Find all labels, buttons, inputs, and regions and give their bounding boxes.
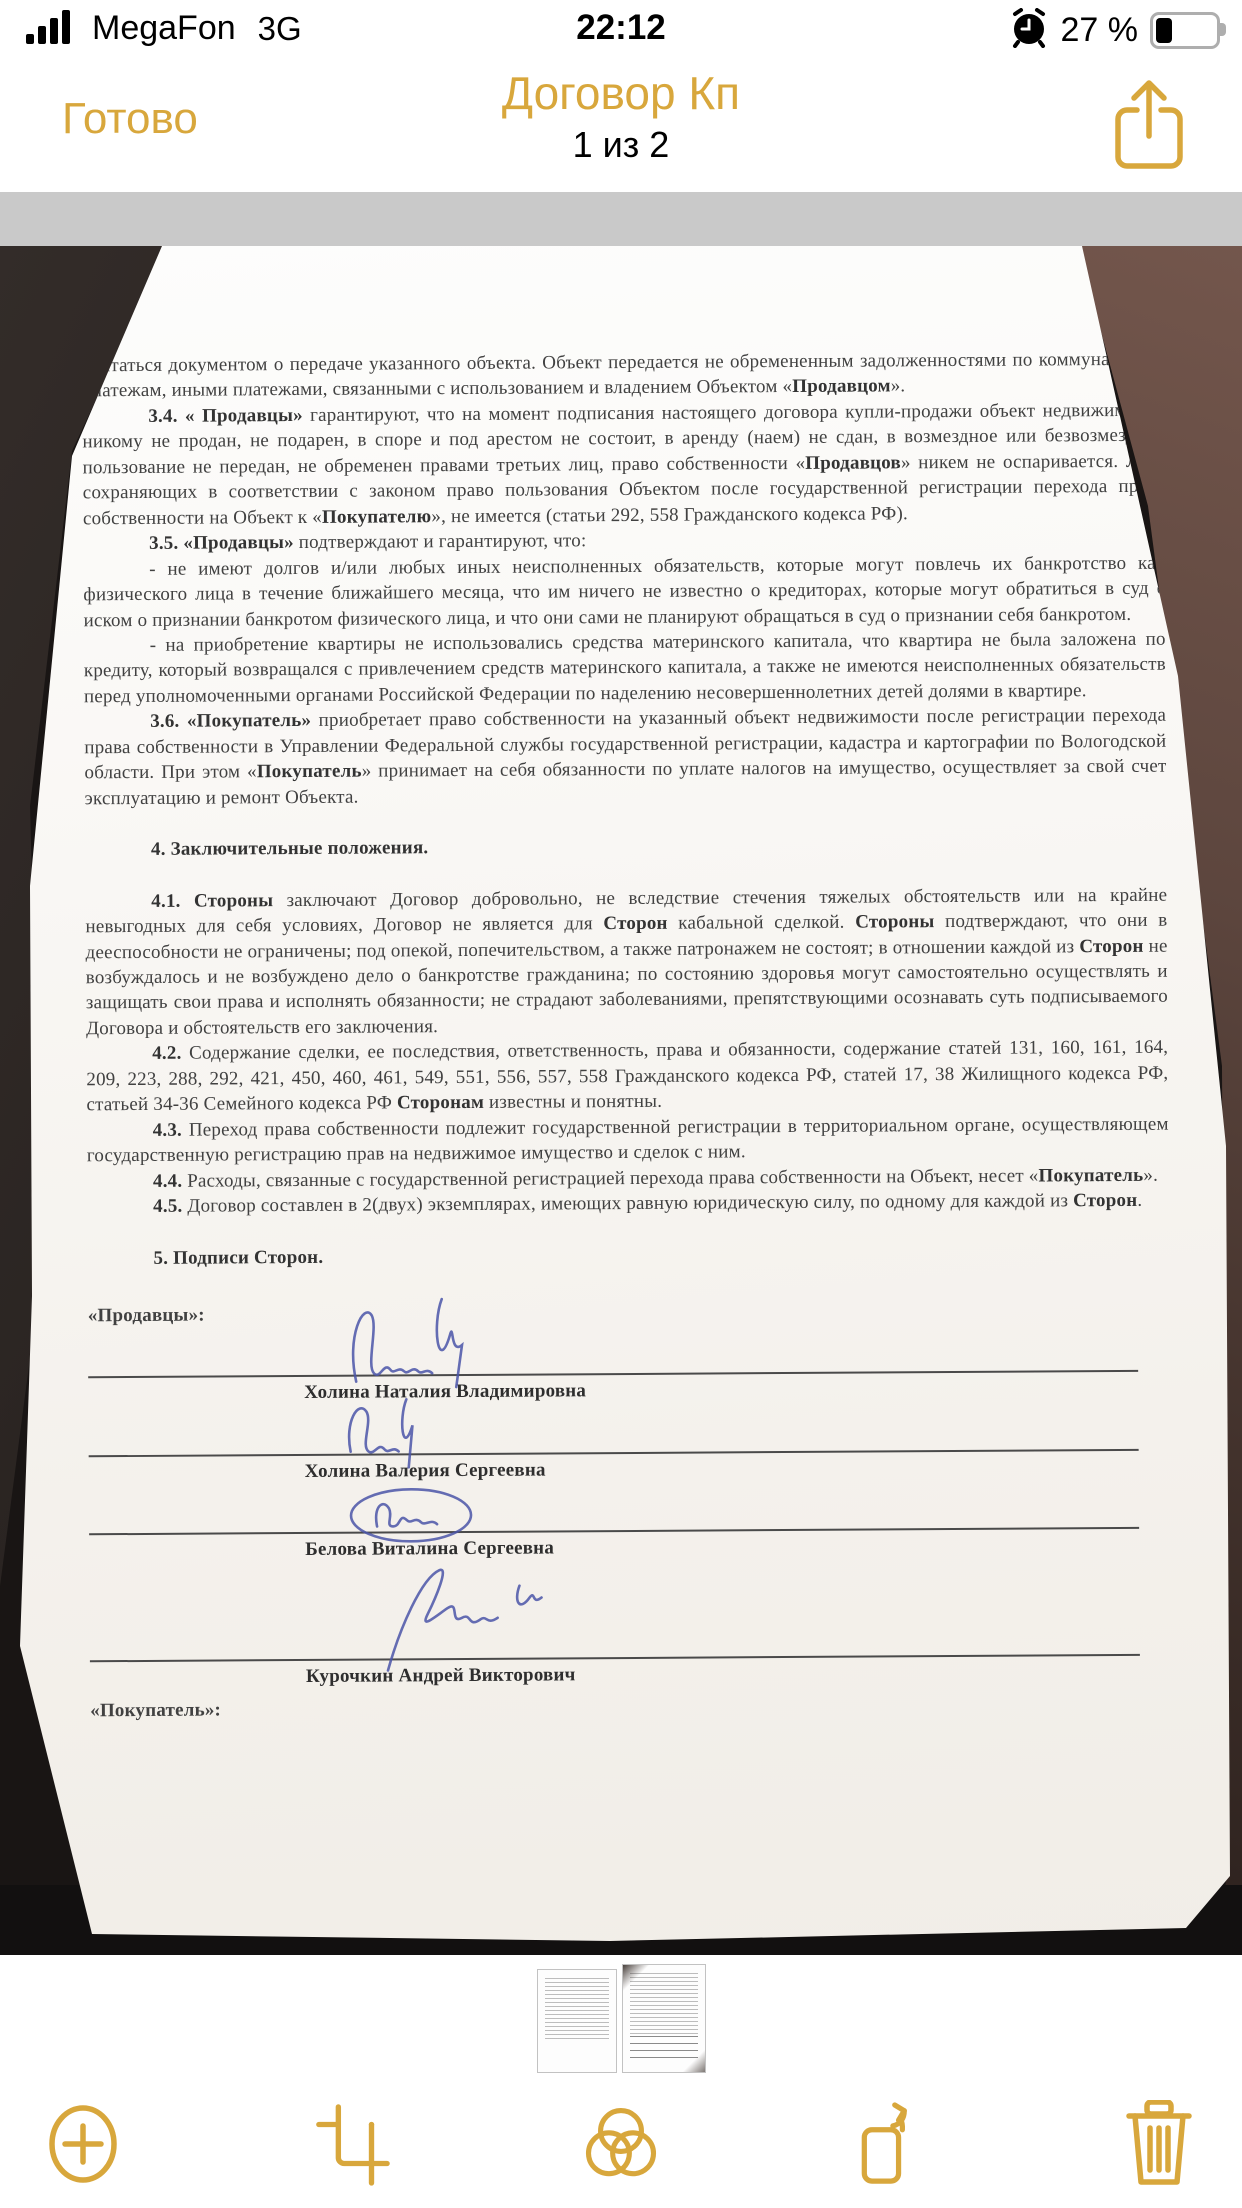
rotate-icon xyxy=(851,2099,929,2189)
doc-paragraph: 4.2. Содержание сделки, ее последствия, … xyxy=(86,1035,1168,1118)
doc-paragraph: 3.6. «Покупатель» приобретает право собс… xyxy=(84,703,1167,811)
doc-paragraph: считаться документом о передаче указанно… xyxy=(82,347,1164,405)
rotate-button[interactable] xyxy=(851,2101,929,2187)
filters-icon xyxy=(582,2102,660,2186)
page-indicator: 1 из 2 xyxy=(0,124,1242,166)
share-icon xyxy=(1112,78,1186,172)
doc-paragraph: 4.5. Договор составлен в 2(двух) экземпл… xyxy=(87,1188,1169,1220)
buyer-block: «Покупатель»: Курочкин Андрей Викторович xyxy=(90,1653,1172,1690)
markup-add-button[interactable] xyxy=(44,2101,122,2187)
sellers-label: «Продавцы»: xyxy=(88,1297,1170,1329)
doc-paragraph: 4.1. Стороны заключают Договор доброволь… xyxy=(85,882,1168,1041)
screen: MegaFon 3G 22:12 27 % Готово Д xyxy=(0,0,1242,2208)
contract-page: считаться документом о передаче указанно… xyxy=(0,246,1242,1955)
signature-row: Курочкин Андрей Викторович xyxy=(90,1654,1140,1691)
plus-circle-icon xyxy=(45,2102,121,2186)
page-1-thumbnail[interactable] xyxy=(537,1969,617,2073)
signature-stroke xyxy=(369,1557,620,1679)
page-2-thumbnail[interactable] xyxy=(622,1964,706,2073)
alarm-clock-icon xyxy=(1009,8,1049,53)
page-title: Договор Кп xyxy=(0,66,1242,120)
doc-heading: 4. Заключительные положения. xyxy=(85,831,1167,863)
status-bar: MegaFon 3G 22:12 27 % xyxy=(0,0,1242,62)
crop-button[interactable] xyxy=(313,2101,391,2187)
doc-paragraph: 3.4. « Продавцы» гарантируют, что на мом… xyxy=(82,398,1165,532)
signature-stroke xyxy=(338,1391,478,1470)
delete-button[interactable] xyxy=(1120,2101,1198,2187)
battery-icon xyxy=(1150,12,1220,49)
signature-row: Холина Валерия Сергеевна xyxy=(89,1449,1139,1486)
filmstrip xyxy=(0,1964,1242,2073)
doc-paragraph: 4.3. Переход права собственности подлежи… xyxy=(87,1111,1169,1169)
crop-icon xyxy=(313,2102,391,2186)
photo-letterbox-band xyxy=(0,192,1242,246)
doc-paragraph: - не имеют долгов и/или любых иных неисп… xyxy=(83,550,1165,633)
signature-row: Холина Наталия Владимировна xyxy=(88,1370,1138,1407)
doc-heading: 5. Подписи Сторон. xyxy=(87,1239,1169,1271)
trash-icon xyxy=(1123,2100,1195,2188)
edit-toolbar xyxy=(0,2098,1242,2190)
filters-button[interactable] xyxy=(582,2101,660,2187)
document-text: считаться документом о передаче указанно… xyxy=(82,347,1172,1691)
signature-stroke xyxy=(338,1294,549,1391)
photo-canvas[interactable]: считаться документом о передаче указанно… xyxy=(0,246,1242,1955)
battery-percent-label: 27 % xyxy=(1061,11,1139,50)
doc-paragraph: - на приобретение квартиры не использова… xyxy=(84,627,1166,710)
buyer-label: «Покупатель»: xyxy=(90,1697,221,1723)
nav-bar: Готово Договор Кп 1 из 2 xyxy=(0,62,1242,192)
signature-stroke xyxy=(339,1482,499,1549)
share-button[interactable] xyxy=(1112,78,1186,172)
